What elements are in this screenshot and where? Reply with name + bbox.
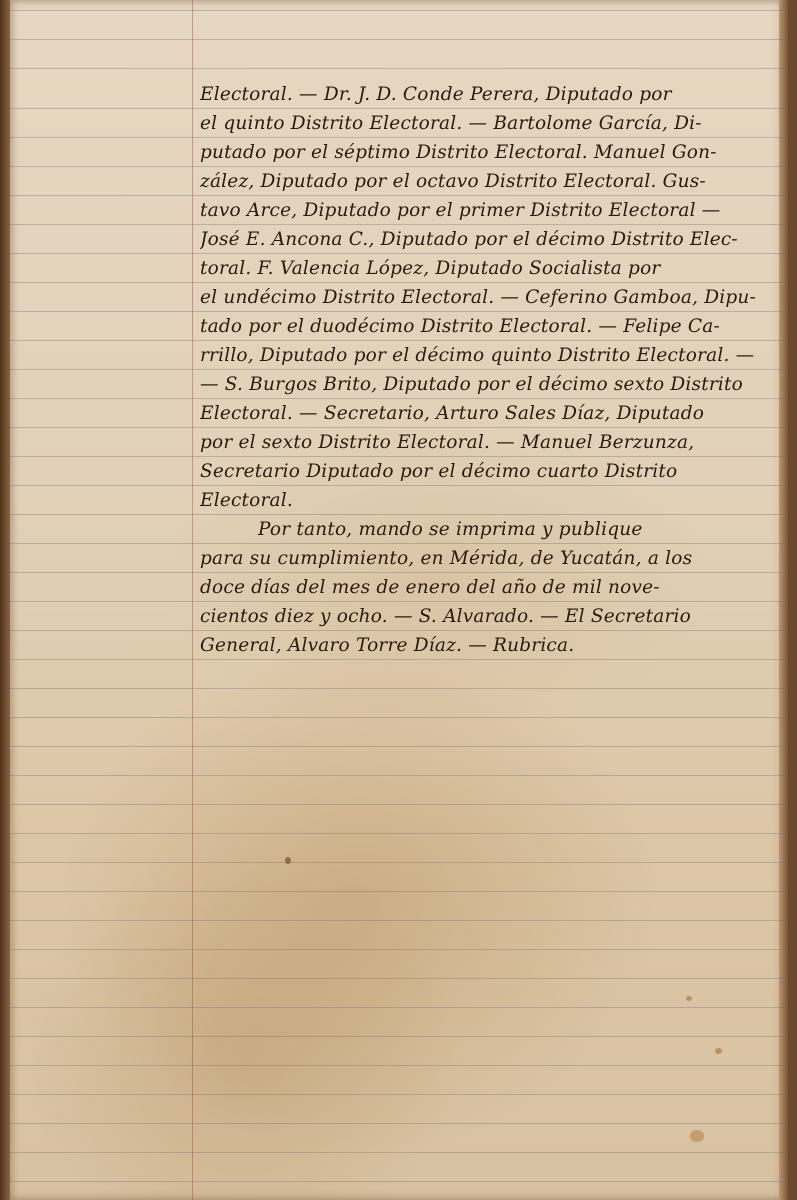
stain-spot [690, 1130, 704, 1142]
text-line: por el sexto Distrito Electoral. — Manue… [200, 428, 790, 457]
stain-spot [686, 996, 692, 1001]
text-line: Electoral. — Secretario, Arturo Sales Dí… [200, 399, 790, 428]
text-line: el undécimo Distrito Electoral. — Ceferi… [200, 283, 790, 312]
text-line: zález, Diputado por el octavo Distrito E… [200, 167, 790, 196]
signature-line: General, Alvaro Torre Díaz. — Rubrica. [200, 631, 790, 660]
text-line: Electoral. [200, 486, 790, 515]
text-line: el quinto Distrito Electoral. — Bartolom… [200, 109, 790, 138]
text-line: doce días del mes de enero del año de mi… [200, 573, 790, 602]
text-line: toral. F. Valencia López, Diputado Socia… [200, 254, 790, 283]
text-line: rrillo, Diputado por el décimo quinto Di… [200, 341, 790, 370]
margin-rule [192, 0, 193, 1200]
text-line: José E. Ancona C., Diputado por el décim… [200, 225, 790, 254]
text-line: tavo Arce, Diputado por el primer Distri… [200, 196, 790, 225]
text-line: Electoral. — Dr. J. D. Conde Perera, Dip… [200, 80, 790, 109]
book-binding-left [0, 0, 10, 1200]
ink-spot [285, 857, 291, 864]
paragraph-start-line: Por tanto, mando se imprima y publique [200, 515, 790, 544]
text-line: putado por el séptimo Distrito Electoral… [200, 138, 790, 167]
handwritten-text: Electoral. — Dr. J. D. Conde Perera, Dip… [200, 80, 790, 660]
text-line: Secretario Diputado por el décimo cuarto… [200, 457, 790, 486]
signature-line: cientos diez y ocho. — S. Alvarado. — El… [200, 602, 790, 631]
text-line: — S. Burgos Brito, Diputado por el décim… [200, 370, 790, 399]
text-line: tado por el duodécimo Distrito Electoral… [200, 312, 790, 341]
text-line: para su cumplimiento, en Mérida, de Yuca… [200, 544, 790, 573]
stain-spot [715, 1048, 722, 1054]
